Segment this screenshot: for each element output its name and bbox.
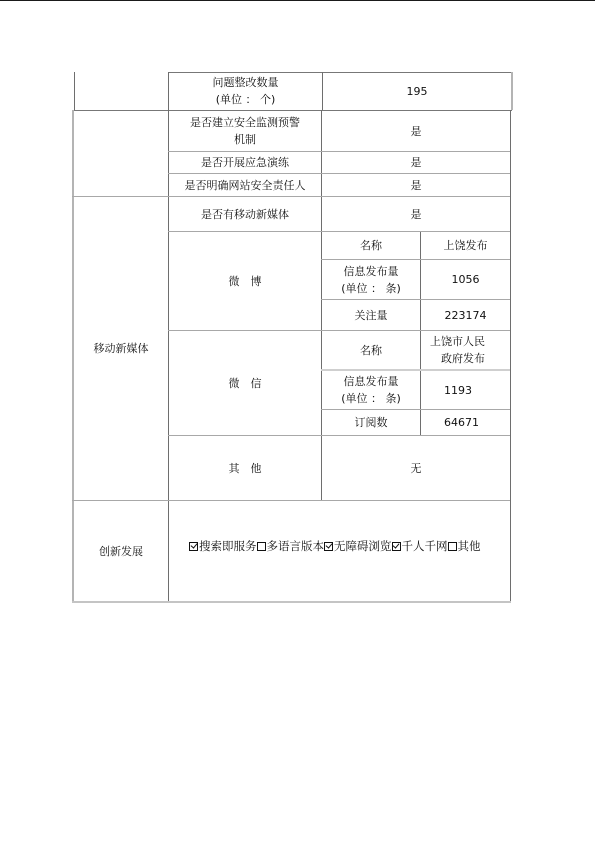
value-text: 64671 xyxy=(444,414,479,431)
rectification-count-label: 问题整改数量 (单位 ： 个) xyxy=(169,72,322,110)
option-multilingual[interactable]: 多语言版本 xyxy=(257,538,325,555)
weibo-followers-value: 223174 xyxy=(421,300,510,330)
label-text: 其 他 xyxy=(229,460,262,477)
option-accessibility[interactable]: 无障碍浏览 xyxy=(324,538,392,555)
rule xyxy=(74,72,75,110)
wechat-name-label: 名称 xyxy=(322,331,420,369)
wechat-posts-label: 信息发布量 (单位 ： 条) xyxy=(322,371,420,409)
option-label: 无障碍浏览 xyxy=(334,538,392,555)
value-text: 上饶市人民 政府发布 xyxy=(430,333,485,367)
value-text: 223174 xyxy=(445,307,487,324)
value-text: 1056 xyxy=(452,271,480,288)
label-text: 订阅数 xyxy=(355,414,388,431)
table-right-border xyxy=(510,110,511,602)
wechat-name-value: 上饶市人民 政府发布 xyxy=(421,331,510,369)
value-text: 是 xyxy=(411,123,422,140)
has-mobile-media-value: 是 xyxy=(322,197,510,231)
option-personalized[interactable]: 千人千网 xyxy=(392,538,448,555)
label-text: 关注量 xyxy=(355,307,388,324)
weibo-name-label: 名称 xyxy=(322,232,420,259)
option-label: 多语言版本 xyxy=(267,538,325,555)
weibo-label: 微 博 xyxy=(169,232,321,330)
label-text: 是否开展应急演练 xyxy=(201,154,289,171)
option-search-service[interactable]: 搜索即服务 xyxy=(189,538,257,555)
security-row-value: 是 xyxy=(322,111,510,151)
rectification-count-value: 195 xyxy=(323,72,511,110)
label-text: 创新发展 xyxy=(99,543,143,560)
page-top-rule xyxy=(0,0,595,1)
other-media-value: 无 xyxy=(322,436,510,500)
rule xyxy=(511,72,513,110)
checkbox-unchecked-icon[interactable] xyxy=(257,542,266,551)
label-text: 名称 xyxy=(360,342,382,359)
table-bottom-border xyxy=(72,601,511,603)
option-other[interactable]: 其他 xyxy=(448,538,481,555)
value-text: 是 xyxy=(411,177,422,194)
label-text: 是否明确网站安全责任人 xyxy=(185,177,306,194)
other-media-label: 其 他 xyxy=(169,436,321,500)
weibo-name-value: 上饶发布 xyxy=(421,232,510,259)
checkbox-checked-icon[interactable] xyxy=(324,542,333,551)
option-label: 搜索即服务 xyxy=(199,538,257,555)
label-text: 名称 xyxy=(360,237,382,254)
wechat-subscribers-value: 64671 xyxy=(421,410,502,435)
value-text: 上饶发布 xyxy=(444,237,488,254)
security-row-value: 是 xyxy=(322,174,510,196)
label-text: 移动新媒体 xyxy=(94,340,149,357)
security-row-value: 是 xyxy=(322,152,510,173)
has-mobile-media-label: 是否有移动新媒体 xyxy=(169,197,321,231)
innovation-section-label: 创新发展 xyxy=(74,501,168,601)
wechat-label: 微 信 xyxy=(169,331,321,435)
checkbox-checked-icon[interactable] xyxy=(392,542,401,551)
security-row-label: 是否开展应急演练 xyxy=(169,152,321,173)
mobile-media-section-label: 移动新媒体 xyxy=(74,197,168,500)
checkbox-checked-icon[interactable] xyxy=(189,542,198,551)
checkbox-unchecked-icon[interactable] xyxy=(448,542,457,551)
value-text: 是 xyxy=(411,206,422,223)
value-text: 195 xyxy=(407,83,428,100)
value-text: 是 xyxy=(411,154,422,171)
value-text: 无 xyxy=(411,460,422,477)
weibo-posts-value: 1056 xyxy=(421,260,510,299)
security-row-label: 是否明确网站安全责任人 xyxy=(169,174,321,196)
label-text: 微 信 xyxy=(229,375,262,392)
weibo-posts-label: 信息发布量 (单位 ： 条) xyxy=(322,260,420,299)
label-text: 是否建立安全监测预警 机制 xyxy=(190,114,300,148)
wechat-posts-value: 1193 xyxy=(421,371,495,409)
option-label: 千人千网 xyxy=(402,538,448,555)
label-text: 信息发布量 (单位 ： 条) xyxy=(341,373,401,407)
security-row-label: 是否建立安全监测预警 机制 xyxy=(169,111,321,151)
label-text: 问题整改数量 (单位 ： 个) xyxy=(213,74,279,108)
value-text: 1193 xyxy=(444,382,472,399)
option-label: 其他 xyxy=(458,538,481,555)
weibo-followers-label: 关注量 xyxy=(322,300,420,330)
label-text: 信息发布量 (单位 ： 条) xyxy=(341,263,401,297)
innovation-options: 搜索即服务 多语言版本 无障碍浏览 千人千网 其他 xyxy=(169,501,510,591)
wechat-subscribers-label: 订阅数 xyxy=(322,410,420,435)
label-text: 微 博 xyxy=(229,273,262,290)
label-text: 是否有移动新媒体 xyxy=(201,206,289,223)
